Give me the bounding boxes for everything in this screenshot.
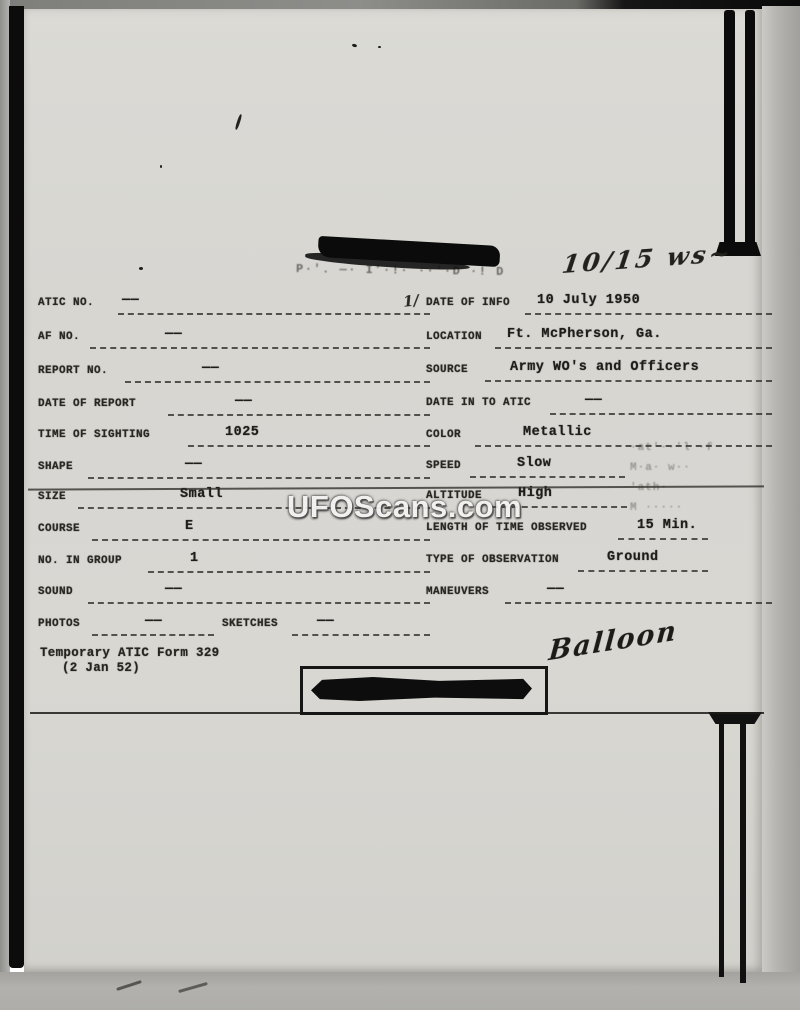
dotted-leader xyxy=(88,475,430,479)
field-row-date-of-report: DATE OF REPORT —— xyxy=(30,397,434,419)
field-row-af-no: AF NO. —— xyxy=(30,330,434,352)
field-value: —— xyxy=(185,457,202,472)
ink-speck xyxy=(139,267,143,270)
staple-mark-bar xyxy=(740,721,746,983)
field-row-source: SOURCE Army WO's and Officers xyxy=(400,363,782,385)
dotted-leader xyxy=(495,345,772,349)
redaction-blob xyxy=(311,677,532,701)
dotted-leader xyxy=(92,537,430,541)
watermark-text: UFOScans.com xyxy=(287,489,522,525)
field-value: 10 July 1950 xyxy=(537,293,640,308)
staple-mark-bar xyxy=(745,10,755,246)
field-row-course: COURSE E xyxy=(30,522,434,544)
field-label: SOURCE xyxy=(426,364,468,376)
field-label: ATIC NO. xyxy=(38,297,94,309)
field-label: AF NO. xyxy=(38,331,80,343)
dotted-leader xyxy=(88,600,430,604)
field-label: TIME OF SIGHTING xyxy=(38,429,150,441)
bleedthrough-line: ·at'··'l ·f xyxy=(630,438,770,458)
field-value: —— xyxy=(145,614,162,629)
field-value: —— xyxy=(165,582,182,597)
field-row-shape: SHAPE —— xyxy=(30,460,434,482)
field-label: SHAPE xyxy=(38,461,73,473)
dotted-leader xyxy=(92,632,214,636)
field-value: 1025 xyxy=(225,425,259,440)
field-label: TYPE OF OBSERVATION xyxy=(426,554,559,566)
field-value: Metallic xyxy=(523,425,592,440)
staple-mark-top xyxy=(712,10,762,256)
staple-mark-bar xyxy=(724,10,735,246)
field-row-date-in-to-atic: DATE IN TO ATIC —— xyxy=(400,396,782,418)
field-value: E xyxy=(185,519,194,534)
dotted-leader xyxy=(118,311,430,315)
field-label: SKETCHES xyxy=(222,618,278,630)
field-label: SPEED xyxy=(426,460,461,472)
field-label: SOUND xyxy=(38,586,73,598)
field-value: —— xyxy=(165,327,182,342)
field-label: DATE OF INFO xyxy=(426,297,510,309)
field-row-maneuvers: MANEUVERS —— xyxy=(400,585,782,607)
field-value: —— xyxy=(317,614,334,629)
field-row-report-no: REPORT NO. —— xyxy=(30,364,434,386)
staple-mark-bar xyxy=(719,721,724,977)
bleedthrough-line: M·a· w·· xyxy=(630,458,770,478)
bleedthrough-line: M ····· xyxy=(630,498,770,518)
scan-top-edge xyxy=(0,0,800,9)
ink-speck xyxy=(160,165,162,168)
field-label: MANEUVERS xyxy=(426,586,489,598)
scan-bottom-edge xyxy=(0,972,800,1010)
field-label: REPORT NO. xyxy=(38,365,108,377)
dotted-leader xyxy=(148,569,430,573)
field-row-photos-sketches: PHOTOS —— SKETCHES —— xyxy=(30,617,434,639)
field-label: LOCATION xyxy=(426,331,482,343)
dotted-leader xyxy=(292,632,430,636)
bleedthrough-line: 'ath· xyxy=(630,478,770,498)
dotted-leader xyxy=(525,311,772,315)
redaction-box-bottom xyxy=(300,666,548,715)
field-value: Ground xyxy=(607,550,659,565)
field-value: 1 xyxy=(190,551,199,566)
ink-speck xyxy=(378,46,381,48)
dotted-leader xyxy=(578,568,708,572)
field-value: —— xyxy=(202,361,219,376)
field-row-no-in-group: NO. IN GROUP 1 xyxy=(30,554,434,576)
field-value: —— xyxy=(585,393,602,408)
field-row-date-of-info: DATE OF INFO 10 July 1950 xyxy=(400,296,782,318)
dotted-leader xyxy=(550,411,772,415)
dotted-leader xyxy=(618,536,708,540)
field-label: NO. IN GROUP xyxy=(38,555,122,567)
field-value: Slow xyxy=(517,456,551,471)
form-identifier: Temporary ATIC Form 329 xyxy=(40,646,219,660)
field-value: —— xyxy=(547,582,564,597)
field-value: Army WO's and Officers xyxy=(510,360,699,375)
dotted-leader xyxy=(168,412,430,416)
field-label: PHOTOS xyxy=(38,618,80,630)
field-value: —— xyxy=(122,293,139,308)
dotted-leader xyxy=(125,379,430,383)
staple-mark-bottom xyxy=(708,712,762,988)
field-row-time-of-sighting: TIME OF SIGHTING 1025 xyxy=(30,428,434,450)
field-value: —— xyxy=(235,394,252,409)
field-label: SIZE xyxy=(38,491,66,503)
field-row-type-of-observation: TYPE OF OBSERVATION Ground xyxy=(400,553,782,575)
field-value: Ft. McPherson, Ga. xyxy=(507,327,662,342)
field-label: DATE IN TO ATIC xyxy=(426,397,531,409)
bleedthrough-text: ·at'··'l ·f M·a· w·· 'ath· M ····· xyxy=(630,438,770,518)
dotted-leader xyxy=(505,600,772,604)
dotted-leader xyxy=(470,474,625,478)
field-label: DATE OF REPORT xyxy=(38,398,136,410)
dotted-leader xyxy=(485,378,772,382)
dotted-leader xyxy=(90,345,430,349)
field-row-sound: SOUND —— xyxy=(30,585,434,607)
field-row-location: LOCATION Ft. McPherson, Ga. xyxy=(400,330,782,352)
field-label: COLOR xyxy=(426,429,461,441)
binder-edge-bar xyxy=(9,6,24,968)
field-row-atic-no: ATIC NO. —— xyxy=(30,296,434,318)
field-value: 15 Min. xyxy=(637,518,697,533)
field-label: COURSE xyxy=(38,523,80,535)
dotted-leader xyxy=(188,443,430,447)
form-revision-date: (2 Jan 52) xyxy=(62,661,140,675)
